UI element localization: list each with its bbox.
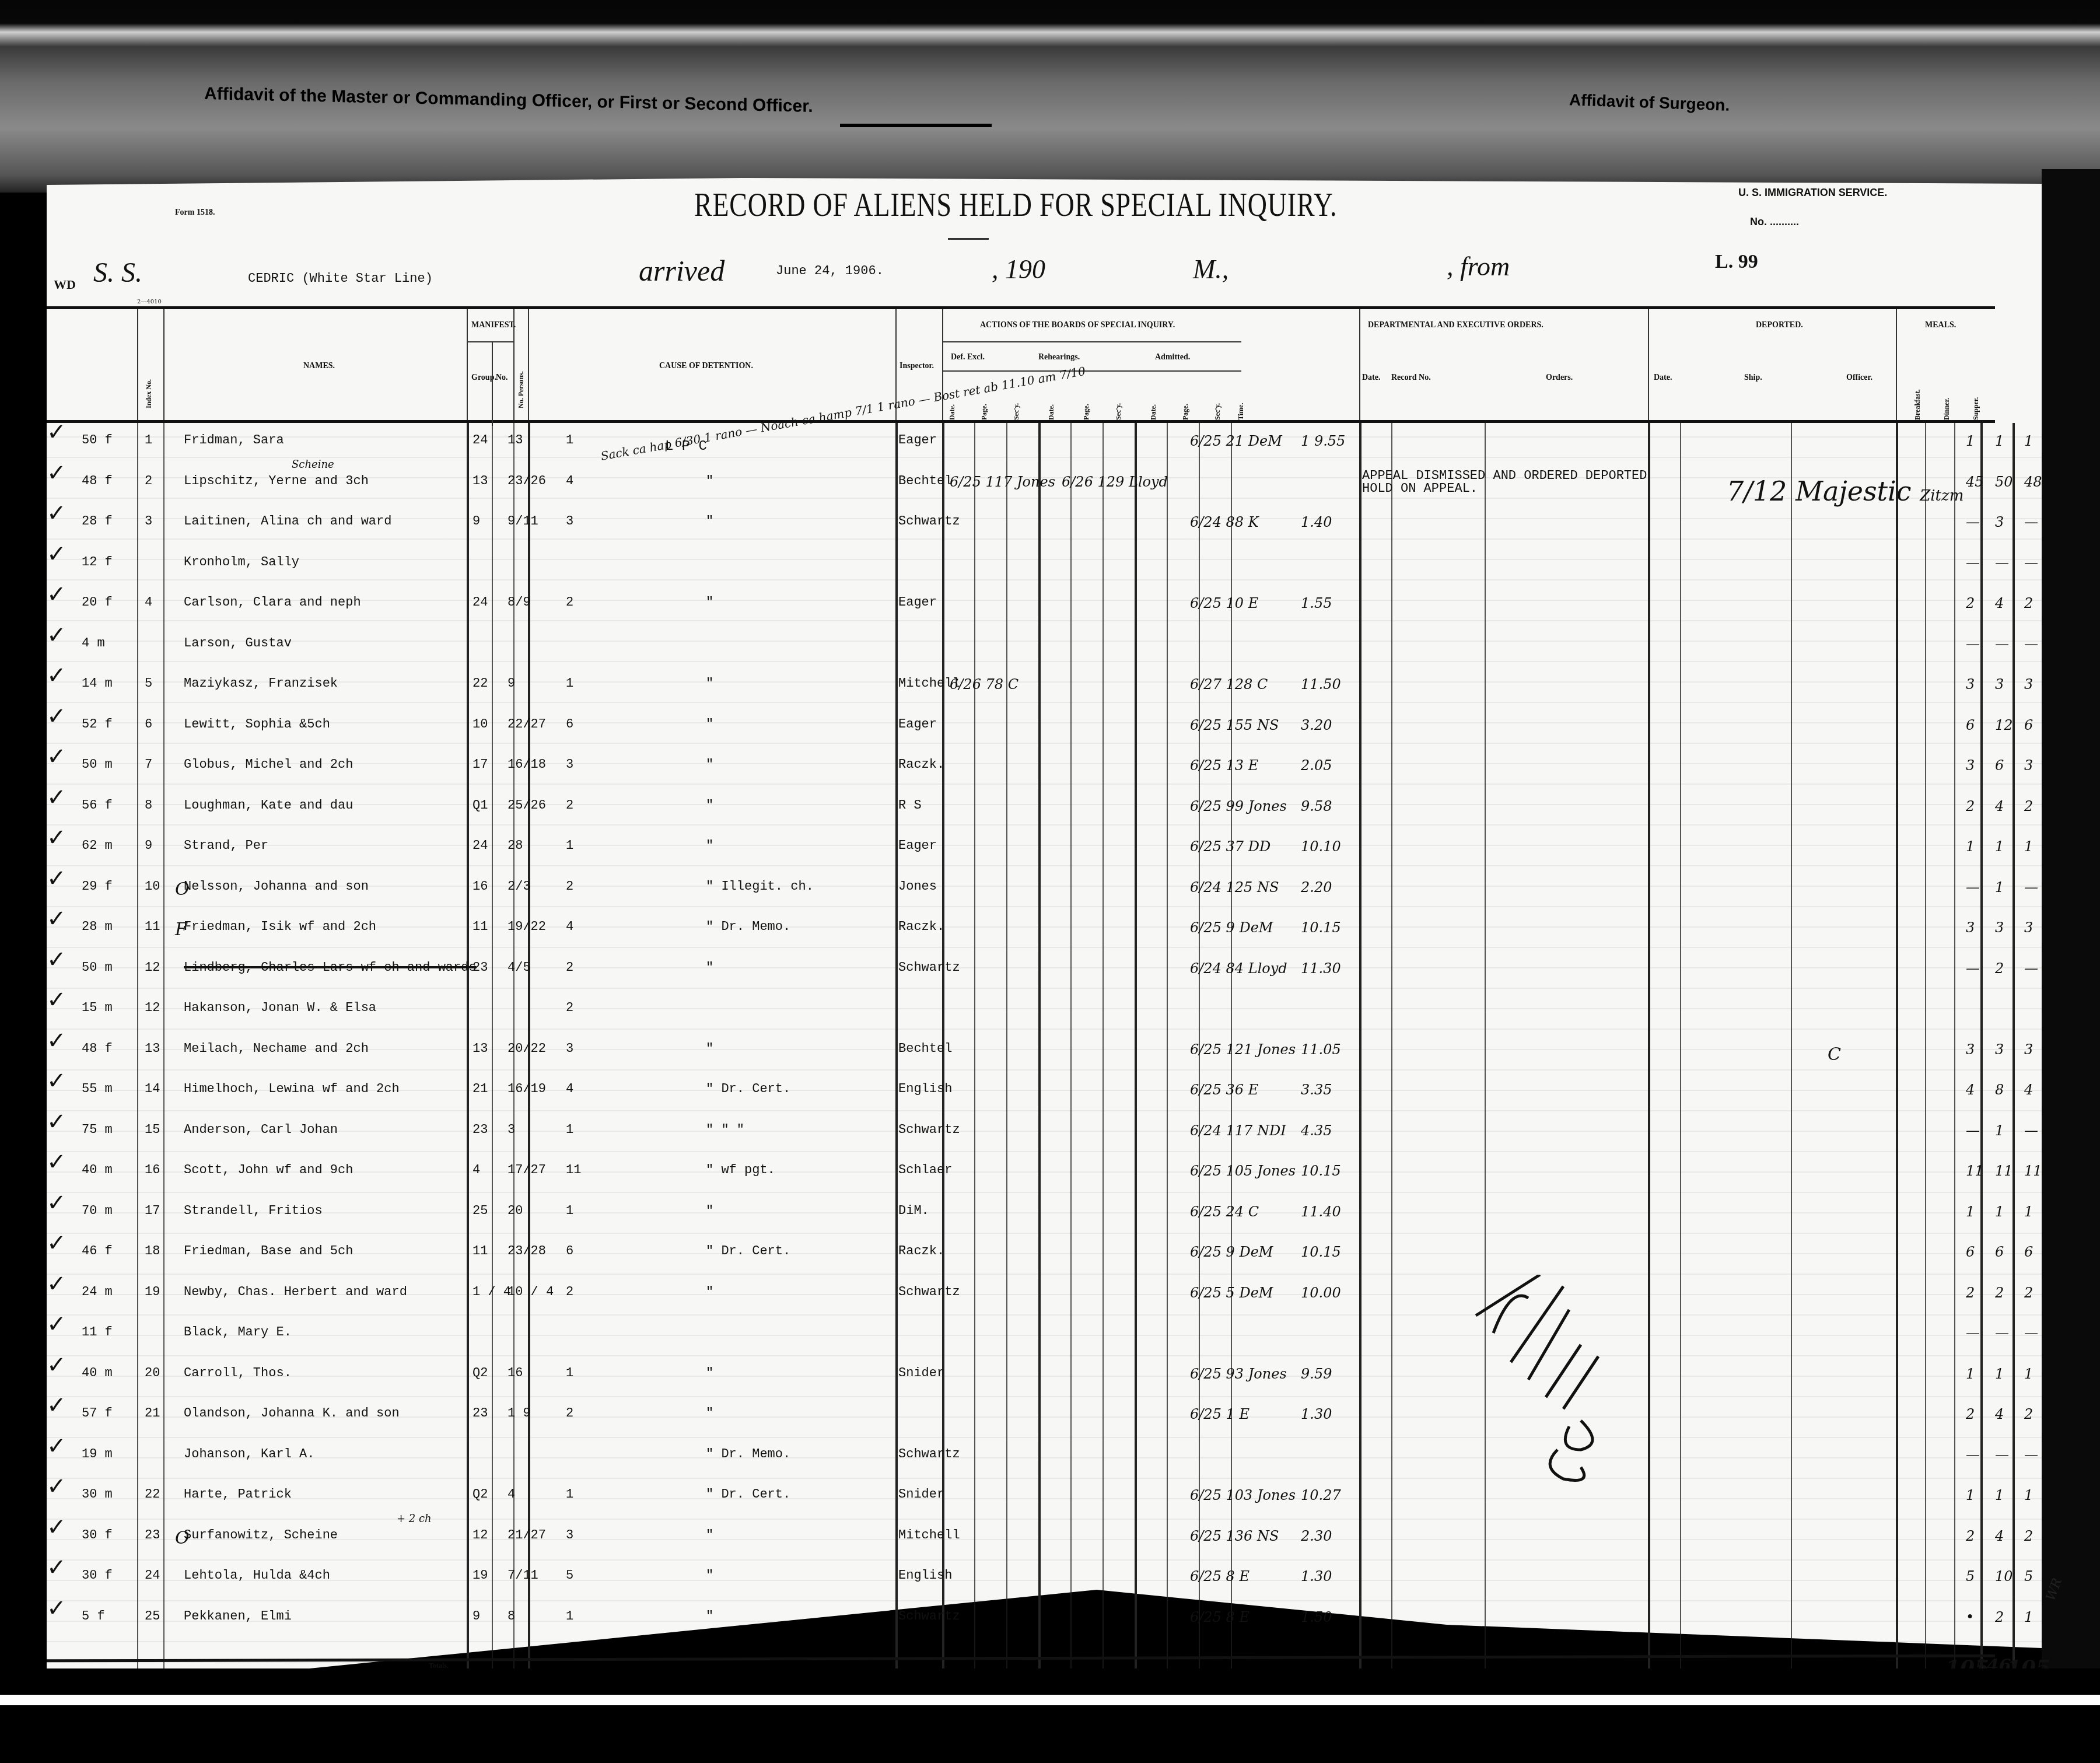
age-sex: 48 f bbox=[82, 474, 113, 488]
meal-breakfast: 2 bbox=[1966, 798, 1975, 814]
admitted-time: 11.30 bbox=[1301, 960, 1341, 977]
checkmark-icon: ✓ bbox=[47, 622, 66, 649]
inspector: English bbox=[898, 1082, 952, 1096]
inspector: Schwartz bbox=[898, 1285, 960, 1299]
checkmark-icon: ✓ bbox=[47, 1230, 66, 1257]
meal-supper: — bbox=[2024, 960, 2038, 977]
cause-of-detention: " bbox=[706, 1366, 713, 1380]
meal-dinner: 11 bbox=[1995, 1163, 2013, 1179]
meal-supper: — bbox=[2024, 879, 2038, 896]
inspector: R S bbox=[898, 798, 922, 813]
cause-of-detention: " bbox=[706, 595, 713, 610]
col-divider bbox=[1359, 309, 1360, 420]
header-dinner: Dinner. bbox=[1943, 398, 1951, 420]
admitted-time: 10.15 bbox=[1301, 1244, 1341, 1260]
admitted-time: 10.00 bbox=[1301, 1285, 1341, 1301]
meal-dinner: 6 bbox=[1995, 1244, 2004, 1260]
age-sex: 20 f bbox=[82, 595, 113, 610]
meal-supper: — bbox=[2024, 1325, 2038, 1341]
table-row: ✓46 f18Friedman, Base and 5ch1123/286Rac… bbox=[47, 1244, 1995, 1264]
group: 10 bbox=[473, 717, 488, 732]
checkmark-icon: ✓ bbox=[47, 784, 66, 811]
header-def-secy: Sec'y. bbox=[1012, 403, 1021, 420]
group: 16 bbox=[473, 879, 488, 894]
no-persons: 1 bbox=[566, 1609, 573, 1624]
checkmark-icon: ✓ bbox=[47, 1433, 66, 1460]
header-adm-page: Page. bbox=[1181, 404, 1190, 420]
no-persons: 3 bbox=[566, 514, 573, 529]
meal-supper: 3 bbox=[2024, 1041, 2033, 1058]
age-sex: 50 m bbox=[82, 757, 113, 772]
header-subrule bbox=[942, 341, 1241, 342]
no-persons: 1 bbox=[566, 838, 573, 853]
admitted: 6/25 155 NS bbox=[1190, 717, 1279, 733]
admitted-time: 1.30 bbox=[1301, 1406, 1332, 1422]
table-row: ✓30 m22Harte, PatrickQ241Snider6/25 103 … bbox=[47, 1487, 1995, 1507]
manifest-no: 2/3 bbox=[508, 879, 531, 894]
group: 23 bbox=[473, 960, 488, 975]
index-no: 22 bbox=[145, 1487, 160, 1502]
meal-supper: — bbox=[2024, 636, 2038, 652]
meal-dinner: 2 bbox=[1995, 1285, 2004, 1301]
name: Surfanowitz, Scheine bbox=[184, 1528, 338, 1542]
admitted-time: 1.50 bbox=[1301, 1609, 1332, 1625]
age-sex: 15 m bbox=[82, 1001, 113, 1015]
no-persons: 2 bbox=[566, 1406, 573, 1421]
manifest-no: 19/22 bbox=[508, 919, 546, 934]
meal-dinner: 6 bbox=[1995, 757, 2004, 774]
meal-supper: 2 bbox=[2024, 1406, 2033, 1422]
table-row: ✓52 f6Lewitt, Sophia &5ch1022/276Eager6/… bbox=[47, 717, 1995, 737]
table-row: ✓75 m15Anderson, Carl Johan2331Schwartz6… bbox=[47, 1122, 1995, 1142]
name: Carroll, Thos. bbox=[184, 1366, 292, 1380]
cause-of-detention: " bbox=[706, 757, 713, 772]
admitted: 6/25 5 DeM bbox=[1190, 1285, 1273, 1301]
meal-breakfast: 45 bbox=[1966, 474, 1984, 490]
admitted-time: 4.35 bbox=[1301, 1122, 1332, 1139]
inspector: Snider bbox=[898, 1487, 944, 1502]
checkmark-icon: ✓ bbox=[47, 1473, 66, 1500]
meal-dinner: 3 bbox=[1995, 919, 2004, 936]
index-no: 19 bbox=[145, 1285, 160, 1299]
name: Himelhoch, Lewina wf and 2ch bbox=[184, 1082, 400, 1096]
meal-dinner: 4 bbox=[1995, 595, 2004, 611]
meal-supper: 3 bbox=[2024, 757, 2033, 774]
name: Harte, Patrick bbox=[184, 1487, 292, 1502]
checkmark-icon: ✓ bbox=[47, 987, 66, 1013]
age-sex: 75 m bbox=[82, 1122, 113, 1137]
header-subrule bbox=[467, 341, 513, 342]
scribble-signature-icon bbox=[1470, 1275, 1622, 1485]
meal-dinner: 50 bbox=[1995, 474, 2013, 490]
admitted: 6/25 99 Jones bbox=[1190, 798, 1287, 814]
meal-breakfast: 1 bbox=[1966, 1204, 1975, 1220]
age-sex: 24 m bbox=[82, 1285, 113, 1299]
group: 23 bbox=[473, 1122, 488, 1137]
name: Strandell, Fritios bbox=[184, 1204, 323, 1218]
header-reh-date: Date. bbox=[1047, 404, 1056, 420]
admitted-time: 11.05 bbox=[1301, 1041, 1341, 1058]
index-no: 5 bbox=[145, 676, 152, 691]
manifest-no: 13 bbox=[508, 433, 523, 447]
inspector: Bechtel bbox=[898, 1041, 952, 1056]
meal-breakfast: 6 bbox=[1966, 717, 1975, 733]
inspector: Schwartz bbox=[898, 1447, 960, 1461]
name: Friedman, Isik wf and 2ch bbox=[184, 919, 376, 934]
meal-dinner: 8 bbox=[1995, 1082, 2004, 1098]
name: Scott, John wf and 9ch bbox=[184, 1163, 353, 1177]
age-sex: 28 f bbox=[82, 514, 113, 529]
index-no: 20 bbox=[145, 1366, 160, 1380]
col-divider bbox=[1896, 309, 1897, 420]
index-no: 17 bbox=[145, 1204, 160, 1218]
group: 24 bbox=[473, 595, 488, 610]
header-reh-page: Page. bbox=[1082, 404, 1091, 420]
meal-supper: 1 bbox=[2024, 1487, 2033, 1503]
table-row: ✓48 f13Meilach, Nechame and 2ch1320/223B… bbox=[47, 1041, 1995, 1061]
group: 17 bbox=[473, 757, 488, 772]
header-inspector: Inspector. bbox=[900, 362, 934, 371]
no-persons: 2 bbox=[566, 798, 573, 813]
from-label: , from bbox=[1447, 251, 1510, 282]
checkmark-icon: ✓ bbox=[47, 1027, 66, 1054]
title-underline bbox=[948, 238, 989, 240]
group: 11 bbox=[473, 919, 488, 934]
meal-breakfast: 3 bbox=[1966, 676, 1975, 692]
meal-breakfast: — bbox=[1966, 514, 1980, 530]
age-sex: 56 f bbox=[82, 798, 113, 813]
table-row: ✓30 f24Lehtola, Hulda &4ch197/115English… bbox=[47, 1568, 1995, 1588]
index-no: 16 bbox=[145, 1163, 160, 1177]
col-divider bbox=[1648, 309, 1649, 420]
manifest-no: 22/27 bbox=[508, 717, 546, 732]
meal-supper: — bbox=[2024, 514, 2038, 530]
age-sex: 50 m bbox=[82, 960, 113, 975]
meal-dinner: 4 bbox=[1995, 1406, 2004, 1422]
meal-dinner: 2 bbox=[1995, 960, 2004, 977]
inspector: Schwartz bbox=[898, 1609, 960, 1624]
age-sex: 52 f bbox=[82, 717, 113, 732]
admitted: 6/25 93 Jones bbox=[1190, 1366, 1287, 1382]
age-sex: 30 m bbox=[82, 1487, 113, 1502]
header-admitted: Admitted. bbox=[1155, 353, 1190, 362]
age-sex: 40 m bbox=[82, 1163, 113, 1177]
index-no: 24 bbox=[145, 1568, 160, 1583]
table-row: ✓15 m12Hakanson, Jonan W. & Elsa2 bbox=[47, 1001, 1995, 1020]
inspector: Mitchell bbox=[898, 1528, 960, 1542]
inspector: Eager bbox=[898, 717, 937, 732]
admitted: 6/24 125 NS bbox=[1190, 879, 1279, 896]
admitted: 6/25 121 Jones bbox=[1190, 1041, 1296, 1058]
meal-supper: 1 bbox=[2024, 1366, 2033, 1382]
index-no: 14 bbox=[145, 1082, 160, 1096]
name: Lindberg, Charles Lars wf ch and wards bbox=[184, 960, 477, 975]
group: 19 bbox=[473, 1568, 488, 1583]
col-divider bbox=[492, 341, 493, 426]
meal-supper: 5 bbox=[2024, 1568, 2033, 1584]
index-no: 18 bbox=[145, 1244, 160, 1258]
index-no: 21 bbox=[145, 1406, 160, 1421]
ship-name: CEDRIC (White Star Line) bbox=[248, 271, 433, 286]
meal-breakfast: 1 bbox=[1966, 433, 1975, 449]
checkmark-icon: ✓ bbox=[47, 703, 66, 730]
index-no: 11 bbox=[145, 919, 160, 934]
manifest-no: 3 bbox=[508, 1122, 515, 1137]
meal-dinner: — bbox=[1995, 1447, 2009, 1463]
table-row: ✓14 m5Maziykasz, Franzisek2291Mitchell6/… bbox=[47, 676, 1995, 696]
no-persons: 3 bbox=[566, 1528, 573, 1542]
admitted: 6/25 21 DeM bbox=[1190, 433, 1282, 449]
checkmark-icon: ✓ bbox=[47, 460, 66, 487]
table-row: ✓4 mLarson, Gustav——— bbox=[47, 636, 1995, 656]
meal-breakfast: 11 bbox=[1966, 1163, 1984, 1179]
year-label: , 190 bbox=[992, 254, 1045, 285]
inspector: Bechtel bbox=[898, 474, 952, 488]
cause-of-detention: " wf pgt. bbox=[706, 1163, 775, 1177]
group: 9 bbox=[473, 514, 480, 529]
admitted-time: 3.35 bbox=[1301, 1082, 1332, 1098]
no-persons: 6 bbox=[566, 717, 573, 732]
name: Lipschitz, Yerne and 3ch bbox=[184, 474, 369, 488]
meal-dinner: 4 bbox=[1995, 1528, 2004, 1544]
inspector: Schwartz bbox=[898, 514, 960, 529]
no-persons: 1 bbox=[566, 1366, 573, 1380]
header-adm-time: Time. bbox=[1237, 403, 1245, 420]
group: 9 bbox=[473, 1609, 480, 1624]
admitted: 6/25 1 E bbox=[1190, 1406, 1249, 1422]
meal-dinner: 2 bbox=[1995, 1609, 2004, 1625]
admitted-time: 1.30 bbox=[1301, 1568, 1332, 1584]
header-names: NAMES. bbox=[303, 362, 335, 371]
cause-of-detention: " Dr. Memo. bbox=[706, 1447, 790, 1461]
inspector: Eager bbox=[898, 838, 937, 853]
admitted: 6/25 24 C bbox=[1190, 1204, 1259, 1220]
checkmark-icon: ✓ bbox=[47, 1595, 66, 1622]
name: Black, Mary E. bbox=[184, 1325, 292, 1339]
name: Fridman, Sara bbox=[184, 433, 284, 447]
no-persons: 4 bbox=[566, 474, 573, 488]
manifest-no: 23/26 bbox=[508, 474, 546, 488]
form-sub-code: 2—4010 bbox=[137, 299, 162, 305]
age-sex: 50 f bbox=[82, 433, 113, 447]
meal-breakfast: 6 bbox=[1966, 1244, 1975, 1260]
checkmark-icon: ✓ bbox=[47, 865, 66, 892]
checkmark-icon: ✓ bbox=[47, 905, 66, 932]
meal-dinner: 1 bbox=[1995, 433, 2004, 449]
col-divider bbox=[467, 309, 468, 420]
inspector: DiM. bbox=[898, 1204, 929, 1218]
cause-of-detention: " bbox=[706, 1204, 713, 1218]
table-row: ✓28 m11Friedman, Isik wf and 2ch1119/224… bbox=[47, 919, 1995, 939]
admitted-time: 2.05 bbox=[1301, 757, 1332, 774]
cause-of-detention: " bbox=[706, 1568, 713, 1583]
table-row: ✓50 f1Fridman, Sara24131Eager6/25 21 DeM… bbox=[47, 433, 1995, 453]
meal-supper: 1 bbox=[2024, 433, 2033, 449]
col-divider bbox=[528, 309, 529, 420]
manifest-no: 23/28 bbox=[508, 1244, 546, 1258]
checkmark-icon: ✓ bbox=[47, 1271, 66, 1297]
header-officer: Officer. bbox=[1846, 373, 1873, 383]
no-persons: 2 bbox=[566, 1001, 573, 1015]
cause-of-detention: " bbox=[706, 1609, 713, 1624]
inspector: Schwartz bbox=[898, 1122, 960, 1137]
meal-breakfast: — bbox=[1966, 1122, 1980, 1139]
header-record-no: Record No. bbox=[1391, 373, 1431, 383]
cause-of-detention: " bbox=[706, 1041, 713, 1056]
manifest-no: 16/19 bbox=[508, 1082, 546, 1096]
age-sex: 55 m bbox=[82, 1082, 113, 1096]
name: Kronholm, Sally bbox=[184, 555, 299, 569]
admitted-time: 11.50 bbox=[1301, 676, 1341, 692]
age-sex: 14 m bbox=[82, 676, 113, 691]
table-row: ✓48 f2Lipschitz, Yerne and 3ch1323/264Be… bbox=[47, 474, 1995, 494]
meal-supper: 2 bbox=[2024, 595, 2033, 611]
no-persons: 1 bbox=[566, 1487, 573, 1502]
index-no: 1 bbox=[145, 433, 152, 447]
group: 12 bbox=[473, 1528, 488, 1542]
admitted: 6/25 8 E bbox=[1190, 1609, 1249, 1625]
admitted-time: 2.30 bbox=[1301, 1528, 1332, 1544]
age-sex: 12 f bbox=[82, 555, 113, 569]
admitted: 6/25 10 E bbox=[1190, 595, 1258, 611]
meal-supper: 2 bbox=[2024, 1285, 2033, 1301]
inspector: Schlaer bbox=[898, 1163, 952, 1177]
checkmark-icon: ✓ bbox=[47, 1514, 66, 1541]
admitted: 6/25 37 DD bbox=[1190, 838, 1270, 855]
group: 24 bbox=[473, 838, 488, 853]
index-no: 4 bbox=[145, 595, 152, 610]
admitted-time: 10.27 bbox=[1301, 1487, 1341, 1503]
rehearing: 6/26 129 Lloyd bbox=[1062, 474, 1168, 490]
checkmark-icon: ✓ bbox=[47, 581, 66, 608]
month-label: M., bbox=[1193, 254, 1228, 285]
no-persons: 2 bbox=[566, 595, 573, 610]
inspector: Raczk. bbox=[898, 757, 944, 772]
meal-dinner: — bbox=[1995, 636, 2009, 652]
meal-supper: 2 bbox=[2024, 798, 2033, 814]
header-no-persons: No. Persons. bbox=[517, 371, 526, 408]
checkmark-icon: ✓ bbox=[47, 1554, 66, 1581]
meal-supper: 1 bbox=[2024, 1609, 2033, 1625]
table-header: Index No. NAMES. MANIFEST. Group. No. No… bbox=[47, 306, 1995, 423]
cause-of-detention: " bbox=[706, 1406, 713, 1421]
meal-dinner: 1 bbox=[1995, 879, 2004, 896]
table-row: ✓24 m19Newby, Chas. Herbert and ward1 / … bbox=[47, 1285, 1995, 1304]
no-persons: 6 bbox=[566, 1244, 573, 1258]
age-sex: 11 f bbox=[82, 1325, 113, 1339]
index-no: 15 bbox=[145, 1122, 160, 1137]
table-row: ✓12 fKronholm, Sally——— bbox=[47, 555, 1995, 575]
scan-bottom-band bbox=[0, 1668, 2100, 1763]
admitted: 6/25 103 Jones bbox=[1190, 1487, 1296, 1503]
manifest-no: 20 bbox=[508, 1204, 523, 1218]
meal-supper: 3 bbox=[2024, 676, 2033, 692]
admitted-time: 10.15 bbox=[1301, 919, 1341, 936]
index-no: 2 bbox=[145, 474, 152, 488]
name: Carlson, Clara and neph bbox=[184, 595, 361, 610]
cause-of-detention: " bbox=[706, 960, 713, 975]
inspector: Schwartz bbox=[898, 960, 960, 975]
index-no: 12 bbox=[145, 1001, 160, 1015]
col-line bbox=[2013, 423, 2015, 1668]
name: Loughman, Kate and dau bbox=[184, 798, 353, 813]
meal-supper: 6 bbox=[2024, 717, 2033, 733]
table-row: ✓19 mJohanson, Karl A.Schwartz———" Dr. M… bbox=[47, 1447, 1995, 1467]
header-dep-date: Date. bbox=[1654, 373, 1672, 383]
meal-supper: — bbox=[2024, 555, 2038, 571]
table-row: ✓50 m7Globus, Michel and 2ch1716/183Racz… bbox=[47, 757, 1995, 777]
meal-breakfast: • bbox=[1966, 1609, 1974, 1625]
no-persons: 4 bbox=[566, 1082, 573, 1096]
header-no: No. bbox=[496, 373, 508, 383]
cause-of-detention: " bbox=[706, 1285, 713, 1299]
header-boards: ACTIONS OF THE BOARDS OF SPECIAL INQUIRY… bbox=[980, 321, 1175, 330]
inspector: Snider bbox=[898, 1366, 944, 1380]
table-row: ✓40 m16Scott, John wf and 9ch417/2711Sch… bbox=[47, 1163, 1995, 1183]
header-meals: MEALS. bbox=[1925, 321, 1956, 330]
header-def-page: Page. bbox=[980, 404, 989, 420]
name: Pekkanen, Elmi bbox=[184, 1609, 292, 1624]
no-persons: 3 bbox=[566, 757, 573, 772]
admitted: 6/27 128 C bbox=[1190, 676, 1268, 692]
table-row: ✓56 f8Loughman, Kate and dauQ125/262R S6… bbox=[47, 798, 1995, 818]
name: Anderson, Carl Johan bbox=[184, 1122, 338, 1137]
inspector: English bbox=[898, 1568, 952, 1583]
inspector: Raczk. bbox=[898, 1244, 944, 1258]
header-dept-date: Date. bbox=[1362, 373, 1381, 383]
circled-mark-icon: F bbox=[175, 919, 187, 940]
no-persons: 1 bbox=[566, 676, 573, 691]
checkmark-icon: ✓ bbox=[47, 419, 66, 446]
manifest-no: 9/11 bbox=[508, 514, 538, 529]
manifest-no: 21/27 bbox=[508, 1528, 546, 1542]
table-row: ✓62 m9Strand, Per24281Eager6/25 37 DD10.… bbox=[47, 838, 1995, 858]
col-divider bbox=[163, 309, 164, 420]
form-number: Form 1518. bbox=[175, 208, 215, 218]
no-persons: 3 bbox=[566, 1041, 573, 1056]
col-divider bbox=[137, 309, 138, 420]
checkmark-icon: ✓ bbox=[47, 1190, 66, 1216]
age-sex: 4 m bbox=[82, 636, 105, 650]
wd-mark: WD bbox=[54, 277, 76, 292]
name: Newby, Chas. Herbert and ward bbox=[184, 1285, 407, 1299]
group: 13 bbox=[473, 474, 488, 488]
age-sex: 30 f bbox=[82, 1568, 113, 1583]
checkmark-icon: ✓ bbox=[47, 824, 66, 851]
meal-supper: 2 bbox=[2024, 1528, 2033, 1544]
admitted-time: 3.20 bbox=[1301, 717, 1332, 733]
index-no: 10 bbox=[145, 879, 160, 894]
table-row: ✓57 f21Olandson, Johanna K. and son231 9… bbox=[47, 1406, 1995, 1426]
inspector: Raczk. bbox=[898, 919, 944, 934]
group: Q2 bbox=[473, 1487, 488, 1502]
name: Hakanson, Jonan W. & Elsa bbox=[184, 1001, 376, 1015]
index-no: 3 bbox=[145, 514, 152, 529]
meal-dinner: 3 bbox=[1995, 514, 2004, 530]
ss-label: S. S. bbox=[93, 257, 142, 289]
no-persons: 11 bbox=[566, 1163, 581, 1177]
meal-breakfast: — bbox=[1966, 1447, 1980, 1463]
checkmark-icon: ✓ bbox=[47, 1392, 66, 1419]
group: 13 bbox=[473, 1041, 488, 1056]
name: Maziykasz, Franzisek bbox=[184, 676, 338, 691]
meal-breakfast: 2 bbox=[1966, 595, 1975, 611]
group: 21 bbox=[473, 1082, 488, 1096]
admitted: 6/25 9 DeM bbox=[1190, 1244, 1273, 1260]
page-title: RECORD OF ALIENS HELD FOR SPECIAL INQUIR… bbox=[694, 187, 1337, 224]
header-def-excl: Def. Excl. bbox=[951, 353, 985, 362]
table-row: ✓29 f10Nelsson, Johanna and son162/32Jon… bbox=[47, 879, 1995, 899]
